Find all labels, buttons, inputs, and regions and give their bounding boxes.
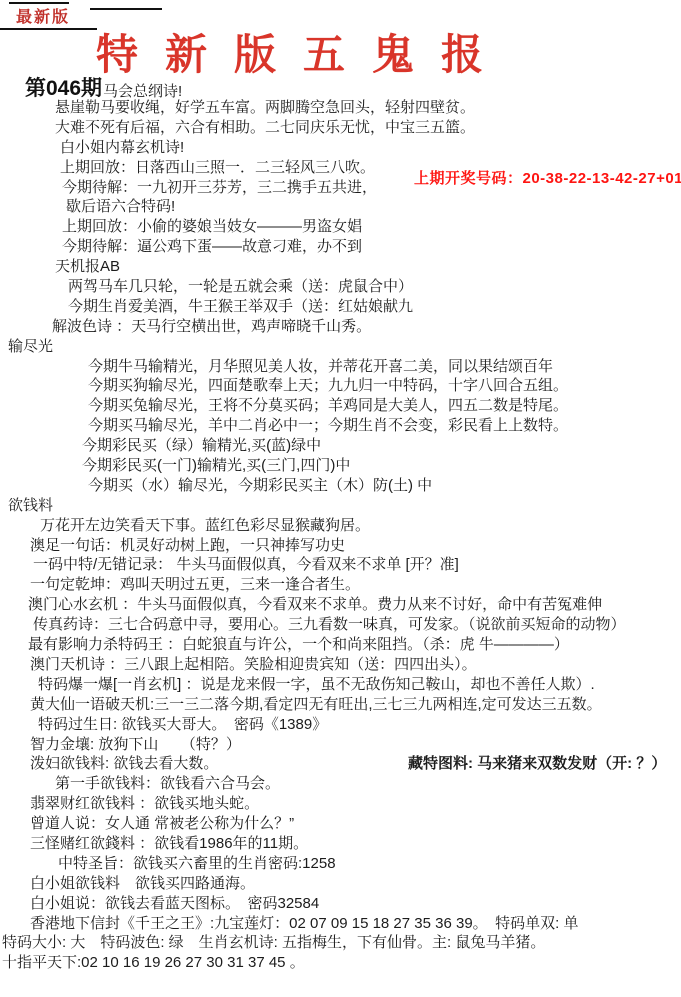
text-line-content: 大难不死有后福，六合有相助。二七同庆乐无忧，中宝三五篮。	[55, 118, 475, 138]
text-line-content: 澳门天机诗 ：三八跟上起相陪。笑脸相迎贵宾知（送：四四出头）。	[30, 655, 477, 675]
text-line-content: 今期彩民买（绿）输精光,买(蓝)绿中	[82, 436, 321, 456]
text-line: 三怪赌红欲錢料 ：欲钱看1986年的11期。	[0, 834, 681, 854]
text-line: 今期牛马输精光，月华照见美人妆，并蒂花开喜二美，同以果结颂百年	[0, 357, 681, 377]
text-line: 今期待解：一九初开三芬芳，三二携手五共进，	[0, 178, 681, 198]
text-line: 输尽光	[0, 337, 681, 357]
text-line-content: 一句定乾坤：鸡叫天明过五更，三来一逢合者生。	[30, 575, 360, 595]
text-line-content: 今期待解：逼公鸡下蛋——故意刁难，办不到	[62, 237, 362, 257]
newspaper-page: 最新版 特新版五鬼报 第046期 马会总纲诗! 上期开奖号码：20-38-22-…	[0, 0, 681, 997]
text-line-content: 今期牛马输精光，月华照见美人妆，并蒂花开喜二美，同以果结颂百年	[88, 357, 553, 377]
text-line: 悬崖勒马要收绳，好学五车富。两脚腾空急回头，轻射四壁贫。	[0, 98, 681, 118]
text-line-content: 上期回放：小偷的婆娘当妓女———男盗女娼	[62, 217, 362, 237]
text-line-content: 一码中特/无错记录： 牛头马面假似真，今看双来不求单 [开？准]	[33, 555, 459, 575]
body-lines: 悬崖勒马要收绳，好学五车富。两脚腾空急回头，轻射四壁贫。大难不死有后福，六合有相…	[0, 98, 681, 973]
text-line: 上期回放：日落西山三照一．二三轻风三八吹。	[0, 158, 681, 178]
text-line-content: 最有影响力杀特码王 ：白蛇狼直与许公，一个和尚来阻挡。（杀：虎 牛————）	[28, 635, 569, 655]
text-line-content: 特码爆一爆[一肖玄机] ：说是龙来假一字，虽不无敌伤知己鞍山，却也不善任人欺）.	[38, 675, 595, 695]
text-line-content: 白小姐欲钱料 欲钱买四路通海。	[30, 874, 255, 894]
text-line: 十指平天下:02 10 16 19 26 27 30 31 37 45 。	[0, 953, 681, 973]
text-line: 特码过生日: 欲钱买大哥大。 密码《1389》	[0, 715, 681, 735]
text-line-content: 澳门心水玄机 ：牛头马面假似真，今看双来不求单。费力从来不讨好，命中有苦冤难伸	[28, 595, 602, 615]
text-line-content: 今期买兔输尽光，王将不分莫买码；羊鸡同是大美人，四五二数是特尾。	[88, 396, 568, 416]
text-line-content: 特码过生日: 欲钱买大哥大。 密码《1389》	[38, 715, 327, 735]
text-line: 曾道人说：女人通 常被老公称为什么？”	[0, 814, 681, 834]
header-rule-bottom	[0, 28, 97, 30]
text-line-content: 两驾马车几只轮，一轮是五就会乘（送：虎鼠合中）	[68, 277, 413, 297]
text-line: 黄大仙一语破天机:三一三二落今期,看定四无有旺出,三七三九两相连,定可发达三五数…	[0, 695, 681, 715]
text-line: 特码大小: 大 特码波色: 绿 生肖玄机诗: 五指梅生，下有仙骨。主: 鼠兔马羊…	[0, 933, 681, 953]
text-line: 特码爆一爆[一肖玄机] ：说是龙来假一字，虽不无敌伤知己鞍山，却也不善任人欺）.	[0, 675, 681, 695]
text-line-right: 藏特图料: 马来猪来双数发财（开: ？）	[408, 754, 666, 774]
text-line: 中特圣旨：欲钱买六畜里的生肖密码:1258	[0, 854, 681, 874]
text-line: 今期买（水）输尽光，今期彩民买主（木）防(土) 中	[0, 476, 681, 496]
text-line: 两驾马车几只轮，一轮是五就会乘（送：虎鼠合中）	[0, 277, 681, 297]
text-line-content: 今期买狗输尽光，四面楚歌奉上天；九九归一中特码，十字八回合五组。	[88, 376, 568, 396]
text-line-content: 欲钱料	[8, 496, 53, 516]
text-line: 今期彩民买（绿）输精光,买(蓝)绿中	[0, 436, 681, 456]
text-line: 白小姐欲钱料 欲钱买四路通海。	[0, 874, 681, 894]
text-line: 澳门心水玄机 ：牛头马面假似真，今看双来不求单。费力从来不讨好，命中有苦冤难伸	[0, 595, 681, 615]
text-line: 翡翠财红欲钱料 ：欲钱买地头蛇。	[0, 794, 681, 814]
text-line: 白小姐内幕玄机诗!	[0, 138, 681, 158]
text-line-content: 特码大小: 大 特码波色: 绿 生肖玄机诗: 五指梅生，下有仙骨。主: 鼠兔马羊…	[2, 933, 545, 953]
text-line: 歇后语六合特码!	[0, 197, 681, 217]
text-line: 万花开左边笑看天下事。蓝红色彩尽显猴藏狗居。	[0, 516, 681, 536]
edition-badge: 最新版	[16, 4, 70, 27]
text-line: 解波色诗 ：天马行空横出世，鸡声啼晓千山秀。	[0, 317, 681, 337]
text-line-content: 万花开左边笑看天下事。蓝红色彩尽显猴藏狗居。	[40, 516, 370, 536]
text-line: 一句定乾坤：鸡叫天明过五更，三来一逢合者生。	[0, 575, 681, 595]
text-line-content: 上期回放：日落西山三照一．二三轻风三八吹。	[60, 158, 375, 178]
text-line-content: 中特圣旨：欲钱买六畜里的生肖密码:1258	[58, 854, 336, 874]
text-line: 今期生肖爱美酒，牛王猴王举双手（送：红姑娘献九	[0, 297, 681, 317]
text-line: 澳门天机诗 ：三八跟上起相陪。笑脸相迎贵宾知（送：四四出头）。	[0, 655, 681, 675]
text-line: 泼妇欲钱料: 欲钱去看大数。藏特图料: 马来猪来双数发财（开: ？）	[0, 754, 681, 774]
text-line-content: 歇后语六合特码!	[66, 197, 175, 217]
text-line-content: 智力金壤: 放狗下山 （特？）	[30, 735, 241, 755]
text-line-content: 传真药诗：三七合码意中寻，要用心。三九看数一味真，可发家。（说欲前买短命的动物）	[33, 615, 626, 635]
text-line-content: 翡翠财红欲钱料 ：欲钱买地头蛇。	[30, 794, 259, 814]
text-line-content: 曾道人说：女人通 常被老公称为什么？”	[30, 814, 294, 834]
text-line: 欲钱料	[0, 496, 681, 516]
text-line-content: 输尽光	[8, 337, 53, 357]
text-line-content: 今期生肖爱美酒，牛王猴王举双手（送：红姑娘献九	[68, 297, 413, 317]
text-line: 智力金壤: 放狗下山 （特？）	[0, 735, 681, 755]
text-line: 一码中特/无错记录： 牛头马面假似真，今看双来不求单 [开？准]	[0, 555, 681, 575]
text-line-content: 香港地下信封《千王之王》:九宝莲灯：02 07 09 15 18 27 35 3…	[30, 914, 579, 934]
text-line: 今期买狗输尽光，四面楚歌奉上天；九九归一中特码，十字八回合五组。	[0, 376, 681, 396]
text-line: 上期回放：小偷的婆娘当妓女———男盗女娼	[0, 217, 681, 237]
text-line: 天机报AB	[0, 257, 681, 277]
text-line-content: 黄大仙一语破天机:三一三二落今期,看定四无有旺出,三七三九两相连,定可发达三五数…	[30, 695, 602, 715]
text-line-content: 今期彩民买(一门)输精光,买(三门,四门)中	[82, 456, 350, 476]
page-title: 特新版五鬼报	[96, 22, 510, 82]
text-line: 大难不死有后福，六合有相助。二七同庆乐无忧，中宝三五篮。	[0, 118, 681, 138]
text-line-content: 今期买马输尽光，羊中二肖必中一；今期生肖不会变，彩民看上上数特。	[88, 416, 568, 436]
text-line-content: 悬崖勒马要收绳，好学五车富。两脚腾空急回头，轻射四壁贫。	[55, 98, 475, 118]
text-line: 今期待解：逼公鸡下蛋——故意刁难，办不到	[0, 237, 681, 257]
text-line-content: 今期买（水）输尽光，今期彩民买主（木）防(土) 中	[88, 476, 432, 496]
text-line-content: 白小姐说：欲钱去看蓝天图标。 密码32584	[30, 894, 319, 914]
text-line-content: 天机报AB	[55, 257, 120, 277]
text-line: 今期买兔输尽光，王将不分莫买码；羊鸡同是大美人，四五二数是特尾。	[0, 396, 681, 416]
text-line-content: 澳足一句话：机灵好动树上跑，一只神捧写功史	[30, 536, 345, 556]
text-line-content: 今期待解：一九初开三芬芳，三二携手五共进，	[62, 178, 377, 198]
text-line: 白小姐说：欲钱去看蓝天图标。 密码32584	[0, 894, 681, 914]
text-line-content: 十指平天下:02 10 16 19 26 27 30 31 37 45 。	[2, 953, 305, 973]
text-line: 最有影响力杀特码王 ：白蛇狼直与许公，一个和尚来阻挡。（杀：虎 牛————）	[0, 635, 681, 655]
text-line: 第一手欲钱料：欲钱看六合马会。	[0, 774, 681, 794]
text-line-content: 解波色诗 ：天马行空横出世，鸡声啼晓千山秀。	[52, 317, 371, 337]
header-rule-right	[90, 8, 162, 10]
text-line-content: 泼妇欲钱料: 欲钱去看大数。	[30, 754, 218, 774]
text-line: 香港地下信封《千王之王》:九宝莲灯：02 07 09 15 18 27 35 3…	[0, 914, 681, 934]
text-line: 今期买马输尽光，羊中二肖必中一；今期生肖不会变，彩民看上上数特。	[0, 416, 681, 436]
text-line-content: 三怪赌红欲錢料 ：欲钱看1986年的11期。	[30, 834, 308, 854]
text-line: 传真药诗：三七合码意中寻，要用心。三九看数一味真，可发家。（说欲前买短命的动物）	[0, 615, 681, 635]
text-line-content: 第一手欲钱料：欲钱看六合马会。	[55, 774, 280, 794]
text-line: 澳足一句话：机灵好动树上跑，一只神捧写功史	[0, 536, 681, 556]
text-line: 今期彩民买(一门)输精光,买(三门,四门)中	[0, 456, 681, 476]
text-line-content: 白小姐内幕玄机诗!	[60, 138, 184, 158]
